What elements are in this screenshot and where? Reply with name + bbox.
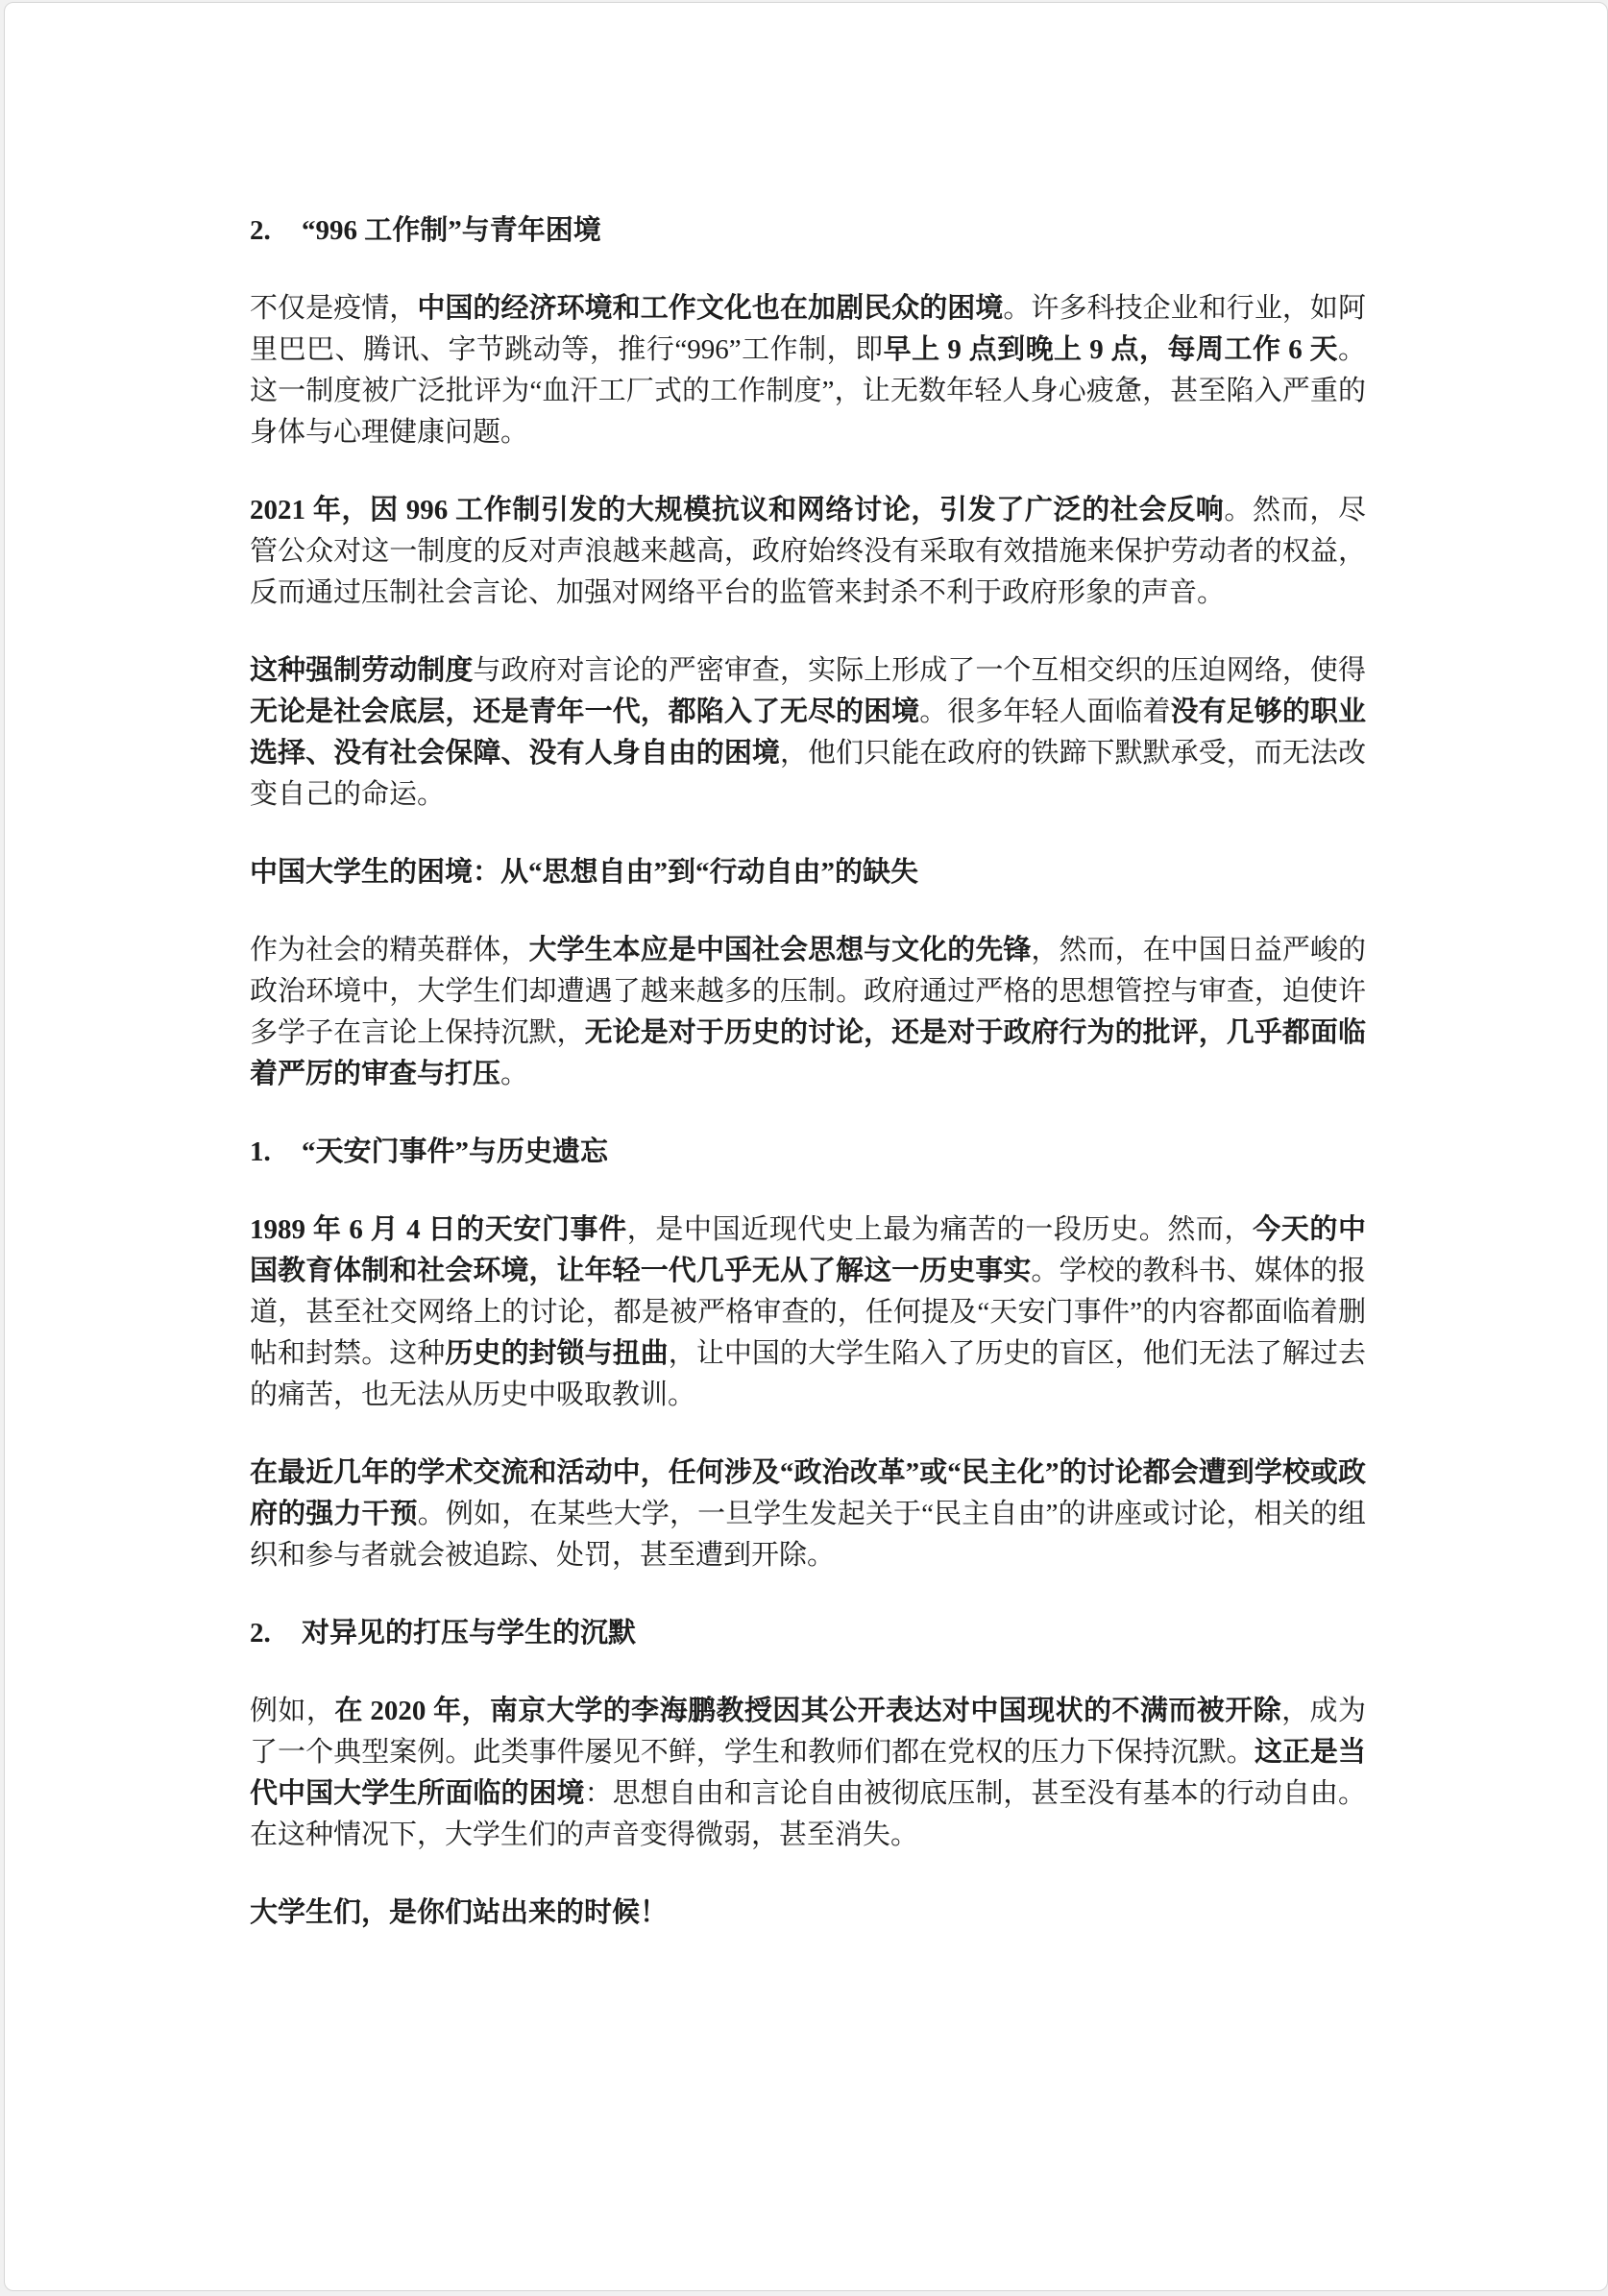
heading-number: 1. xyxy=(250,1132,302,1173)
paragraph-students-elite: 作为社会的精英群体，大学生本应是中国社会思想与文化的先锋，然而，在中国日益严峻的… xyxy=(250,930,1366,1095)
emphasized-text-run: 对异见的打压与学生的沉默 xyxy=(302,1618,636,1649)
paragraph-1989-history: 1989 年 6 月 4 日的天安门事件，是中国近现代史上最为痛苦的一段历史。然… xyxy=(250,1209,1366,1416)
emphasized-text-run: 大学生本应是中国社会思想与文化的先锋 xyxy=(529,935,1032,965)
emphasized-text-run: 2021 年，因 996 工作制引发的大规模抗议和网络讨论，引发了广泛的社会反响 xyxy=(250,495,1224,525)
emphasized-text-run: 早上 9 点到晚上 9 点，每周工作 6 天 xyxy=(884,334,1338,365)
paragraph-academic-interference: 在最近几年的学术交流和活动中，任何涉及“政治改革”或“民主化”的讨论都会遭到学校… xyxy=(250,1453,1366,1576)
emphasized-text-run: 大学生们，是你们站出来的时候！ xyxy=(250,1897,668,1928)
document-page: 2.“996 工作制”与青年困境不仅是疫情，中国的经济环境和工作文化也在加剧民众… xyxy=(4,2,1608,2291)
emphasized-text-run: 1989 年 6 月 4 日的天安门事件 xyxy=(250,1214,627,1245)
emphasized-text-run: 在 2020 年，南京大学的李海鹏教授因其公开表达对中国现状的不满而被开除 xyxy=(334,1696,1281,1726)
text-run: 。很多年轻人面临着 xyxy=(919,696,1170,727)
paragraph-2020-professor-case: 例如，在 2020 年，南京大学的李海鹏教授因其公开表达对中国现状的不满而被开除… xyxy=(250,1691,1366,1856)
text-run: 不仅是疫情， xyxy=(250,293,417,324)
heading-number: 2. xyxy=(250,1613,302,1654)
emphasized-text-run: 中国大学生的困境：从“思想自由”到“行动自由”的缺失 xyxy=(250,857,918,888)
paragraph-forced-labor-network: 这种强制劳动制度与政府对言论的严密审查，实际上形成了一个互相交织的压迫网络，使得… xyxy=(250,650,1366,816)
heading-tiananmen-amnesia: 1.“天安门事件”与历史遗忘 xyxy=(250,1132,1366,1173)
text-run: 。 xyxy=(500,1059,528,1089)
text-run: ，是中国近现代史上最为痛苦的一段历史。然而， xyxy=(627,1214,1253,1245)
heading-dissent-suppression: 2.对异见的打压与学生的沉默 xyxy=(250,1613,1366,1654)
emphasized-text-run: “996 工作制”与青年困境 xyxy=(302,215,601,246)
heading-college-students-dilemma: 中国大学生的困境：从“思想自由”到“行动自由”的缺失 xyxy=(250,852,1366,893)
text-run: 。例如，在某些大学，一旦学生发起关于“民主自由”的讲座或讨论，相关的组织和参与者… xyxy=(250,1499,1366,1571)
emphasized-text-run: 历史的封锁与扭曲 xyxy=(445,1338,668,1369)
emphasized-text-run: “天安门事件”与历史遗忘 xyxy=(302,1136,608,1167)
text-run: 作为社会的精英群体， xyxy=(250,935,529,965)
paragraph-996-intro: 不仅是疫情，中国的经济环境和工作文化也在加剧民众的困境。许多科技企业和行业，如阿… xyxy=(250,288,1366,453)
heading-996-work-system: 2.“996 工作制”与青年困境 xyxy=(250,210,1366,252)
emphasized-text-run: 中国的经济环境和工作文化也在加剧民众的困境 xyxy=(417,293,1003,324)
text-run: 例如， xyxy=(250,1696,334,1726)
text-run: 与政府对言论的严密审查，实际上形成了一个互相交织的压迫网络，使得 xyxy=(473,655,1366,686)
emphasized-text-run: 这种强制劳动制度 xyxy=(250,655,473,686)
heading-call-to-action: 大学生们，是你们站出来的时候！ xyxy=(250,1893,1366,1934)
paragraph-2021-protests: 2021 年，因 996 工作制引发的大规模抗议和网络讨论，引发了广泛的社会反响… xyxy=(250,490,1366,614)
heading-number: 2. xyxy=(250,210,302,252)
emphasized-text-run: 无论是社会底层，还是青年一代，都陷入了无尽的困境 xyxy=(250,696,919,727)
app-background: 2.“996 工作制”与青年困境不仅是疫情，中国的经济环境和工作文化也在加剧民众… xyxy=(0,0,1608,2296)
document-content: 2.“996 工作制”与青年困境不仅是疫情，中国的经济环境和工作文化也在加剧民众… xyxy=(250,210,1366,1970)
